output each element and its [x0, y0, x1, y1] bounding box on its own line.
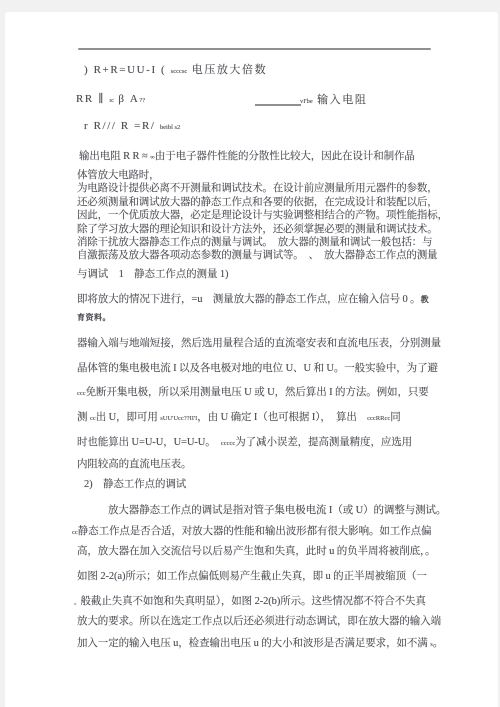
text-segment: 因此，一个优质放大器，必定是理论设计与实验调整相结合的产物。项性能指标，: [77, 210, 448, 221]
text-line: RR ∥ ɪc β A??: [76, 93, 145, 107]
underline-rule: [255, 104, 301, 106]
document-text-layer: ) R+R=UU-I ( scccsc 电压放大倍数RR ∥ ɪc β A??v…: [0, 0, 500, 707]
text-segment: 放大器静态工作点的调试是指对管子集电极电流 I（或 U）的调整与测试。: [108, 505, 446, 516]
text-segment: 还必须测量和调试放大器的静态工作点和各要的依据，在完成设计和装配以后，: [77, 197, 438, 208]
text-segment: RR ∥: [76, 93, 109, 105]
tiny-glyphs: ccc: [77, 390, 86, 397]
text-segment: 除了学习放大器的理论知识和设计方法外，还必须掌握必要的测量和调试技术。: [77, 224, 438, 235]
text-line: 内阻较高的直流电压表。: [77, 458, 191, 471]
text-segment: 2) 静态工作点的调试: [84, 479, 186, 490]
text-line: 。般截止失真不如饱和失真明显），如图 2-2(b)所示。这些情况都不符合不失真: [74, 595, 426, 609]
text-line: 放大器静态工作点的调试是指对管子集电极电流 I（或 U）的调整与测试。: [108, 504, 446, 517]
text-segment: 放大的要求。所以在选定工作点以后还必须进行动态调试，即在放大器的输入端: [77, 616, 441, 627]
text-segment: 电压放大倍数: [187, 64, 267, 76]
text-segment: 自激振荡及放大器各项动态参数的测量与调试等。 、 放大器静态工作点的测量: [77, 250, 437, 261]
text-line: 高，放大器在加入交流信号以后易产生饱和失真，此时 u 的负半周将被削底，。: [77, 545, 436, 558]
text-segment: ) R+R=UU-I (: [84, 64, 171, 76]
text-line: cc静态工作点是否合适，对放大器的性能和输出波形都有很大影响。如工作点偏: [72, 525, 431, 539]
tiny-glyphs: vI'be: [300, 98, 313, 105]
tiny-glyphs: beibl s2: [160, 124, 180, 131]
text-line: 输出电阻 R R ≈ ∞由于电子器件性能的分散性比较大，因此在设计和制作晶: [79, 150, 415, 164]
text-segment: 同: [390, 412, 400, 423]
text-line: 为电路设计提供必离不开测量和调试技术。在设计前应测量所用元器件的参数，: [77, 182, 438, 195]
text-segment: 测: [77, 412, 90, 423]
text-line: ) R+R=UU-I ( scccsc 电压放大倍数: [84, 64, 267, 78]
tiny-glyphs: ccccc: [221, 440, 235, 447]
text-line: 时也能算出 U=U-U，U=U-U。 ccccc为了减小误差，提高测量精度，应选…: [77, 436, 412, 450]
text-line: vI'be 输入电阻: [300, 94, 367, 108]
tiny-glyphs: ??: [139, 97, 145, 104]
text-segment: 静态工作点是否合适，对放大器的性能和输出波形都有很大影响。如工作点偏: [78, 526, 432, 537]
text-line: 加入一定的输入电压 u，检查输出电压 u 的大小和波形是否满足要求，如不满 s。: [77, 637, 443, 651]
text-line: 即将放大的情况下进行，=u 测量放大器的静态工作点，应在输入信号 0 。教: [77, 293, 429, 306]
text-line: 与调试 1 静态工作点的测量 1): [77, 268, 228, 281]
text-segment: 晶体管的集电极电流 I 以及各电极对地的电位 U、U 和 U。一般实验中，为了避: [77, 363, 438, 374]
text-line: 除了学习放大器的理论知识和设计方法外，还必须掌握必要的测量和调试技术。: [77, 223, 438, 236]
text-line: 如图 2-2(a)所示；如工作点偏低则易产生截止失真，即 u 的正半周被缩顶（一: [77, 570, 427, 583]
text-segment: 免断开集电极，所以采用测量电压 U 或 U，然后算出 I 的方法。例如，只要: [86, 387, 429, 398]
text-line: 还必须测量和调试放大器的静态工作点和各要的依据，在完成设计和装配以后，: [77, 196, 438, 209]
text-segment: 输出电阻 R R ≈: [79, 151, 150, 162]
text-line: ccc免断开集电极，所以采用测量电压 U 或 U，然后算出 I 的方法。例如，只…: [77, 386, 429, 400]
text-segment: r R/// R =R/: [84, 120, 160, 132]
text-segment: 器输入端与地端短接，然后选用量程合适的直流毫安表和直流电压表，分别测量: [77, 338, 441, 349]
text-line: r R/// R =R/ beibl s2: [84, 120, 180, 134]
watermark-text: 育资料。: [77, 313, 111, 322]
text-line: 测 cc出 U，即可用 sUU'Ucc??II'I，由 U 确定 I（也可根据 …: [77, 411, 401, 425]
text-segment: 即将放大的情况下进行，=u 测量放大器的静态工作点，应在输入信号 0 。: [77, 294, 421, 305]
text-line: 2) 静态工作点的调试: [84, 478, 186, 491]
text-segment: 般截止失真不如饱和失真明显），如图 2-2(b)所示。这些情况都不符合不失真: [81, 596, 426, 607]
text-segment: 体管放大电路时，: [77, 170, 159, 181]
text-line: 消除干扰放大器静态工作点的测量与调试。 放大器的测量和调试一般包括：与: [77, 236, 432, 249]
text-segment: 为了减小误差，提高测量精度，应选用: [235, 437, 412, 448]
text-segment: 如图 2-2(a)所示；如工作点偏低则易产生截止失真，即 u 的正半周被缩顶（一: [77, 571, 427, 582]
text-segment: 与调试 1 静态工作点的测量 1): [77, 269, 228, 280]
tiny-glyphs: cccRRcc: [367, 415, 390, 422]
watermark-text: 教: [421, 295, 430, 304]
text-segment: ，由 U 确定 I（也可根据 I）， 算出: [197, 412, 367, 423]
text-line: 因此，一个优质放大器，必定是理论设计与实验调整相结合的产物。项性能指标，: [77, 209, 448, 222]
text-segment: 时也能算出 U=U-U，U=U-U。: [77, 437, 221, 448]
text-segment: 。: [433, 638, 443, 649]
text-segment: β A: [114, 93, 139, 105]
text-segment: 为电路设计提供必离不开测量和调试技术。在设计前应测量所用元器件的参数，: [77, 183, 438, 194]
tiny-glyphs: sUU'Ucc??II'I: [160, 415, 197, 422]
text-line: 自激振荡及放大器各项动态参数的测量与调试等。 、 放大器静态工作点的测量: [77, 249, 437, 262]
text-segment: 由于电子器件性能的分散性比较大，因此在设计和制作晶: [155, 151, 415, 162]
text-segment: 高，放大器在加入交流信号以后易产生饱和失真，此时 u 的负半周将被削底，。: [77, 546, 436, 557]
tiny-glyphs: scccsc: [171, 68, 188, 75]
text-line: 放大的要求。所以在选定工作点以后还必须进行动态调试，即在放大器的输入端: [77, 615, 441, 628]
text-line: 器输入端与地端短接，然后选用量程合适的直流毫安表和直流电压表，分别测量: [77, 337, 441, 350]
text-segment: 输入电阻: [313, 94, 368, 106]
text-line: 体管放大电路时，: [77, 169, 159, 182]
text-segment: 内阻较高的直流电压表。: [77, 459, 191, 470]
text-segment: 加入一定的输入电压 u，检查输出电压 u 的大小和波形是否满足要求，如不满: [77, 638, 430, 649]
text-segment: 消除干扰放大器静态工作点的测量与调试。 放大器的测量和调试一般包括：与: [77, 237, 432, 248]
text-segment: 出 U，即可用: [96, 412, 161, 423]
text-line: 育资料。: [77, 311, 111, 324]
text-line: 晶体管的集电极电流 I 以及各电极对地的电位 U、U 和 U。一般实验中，为了避: [77, 362, 438, 375]
